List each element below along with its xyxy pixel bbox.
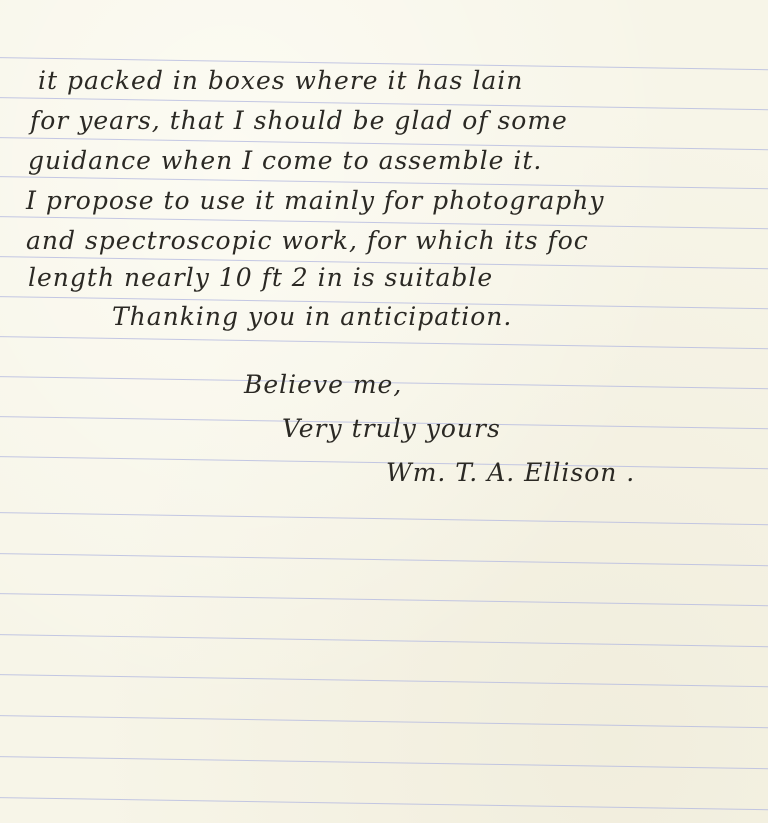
letter-body-line-1: it packed in boxes where it has lain xyxy=(38,66,523,95)
ruled-line xyxy=(0,797,768,811)
ruled-line xyxy=(0,674,768,688)
letter-page: it packed in boxes where it has lain for… xyxy=(0,0,768,823)
ruled-line xyxy=(0,593,768,607)
ruled-line xyxy=(0,634,768,648)
closing-salutation: Believe me, xyxy=(244,370,402,399)
ruled-line xyxy=(0,512,768,526)
ruled-line xyxy=(0,756,768,770)
ruled-line xyxy=(0,456,768,470)
letter-body-line-5: and spectroscopic work, for which its fo… xyxy=(26,226,589,255)
letter-body-line-2: for years, that I should be glad of some xyxy=(30,106,568,135)
signature: Wm. T. A. Ellison . xyxy=(386,458,635,487)
letter-body-line-6: length nearly 10 ft 2 in is suitable xyxy=(28,263,493,292)
letter-body-line-7: Thanking you in anticipation. xyxy=(112,302,512,331)
ruled-line xyxy=(0,715,768,729)
letter-body-line-4: I propose to use it mainly for photograp… xyxy=(26,186,604,215)
ruled-line xyxy=(0,336,768,350)
ruled-line xyxy=(0,553,768,567)
closing-valediction: Very truly yours xyxy=(282,414,501,443)
letter-body-line-3: guidance when I come to assemble it. xyxy=(28,146,542,175)
